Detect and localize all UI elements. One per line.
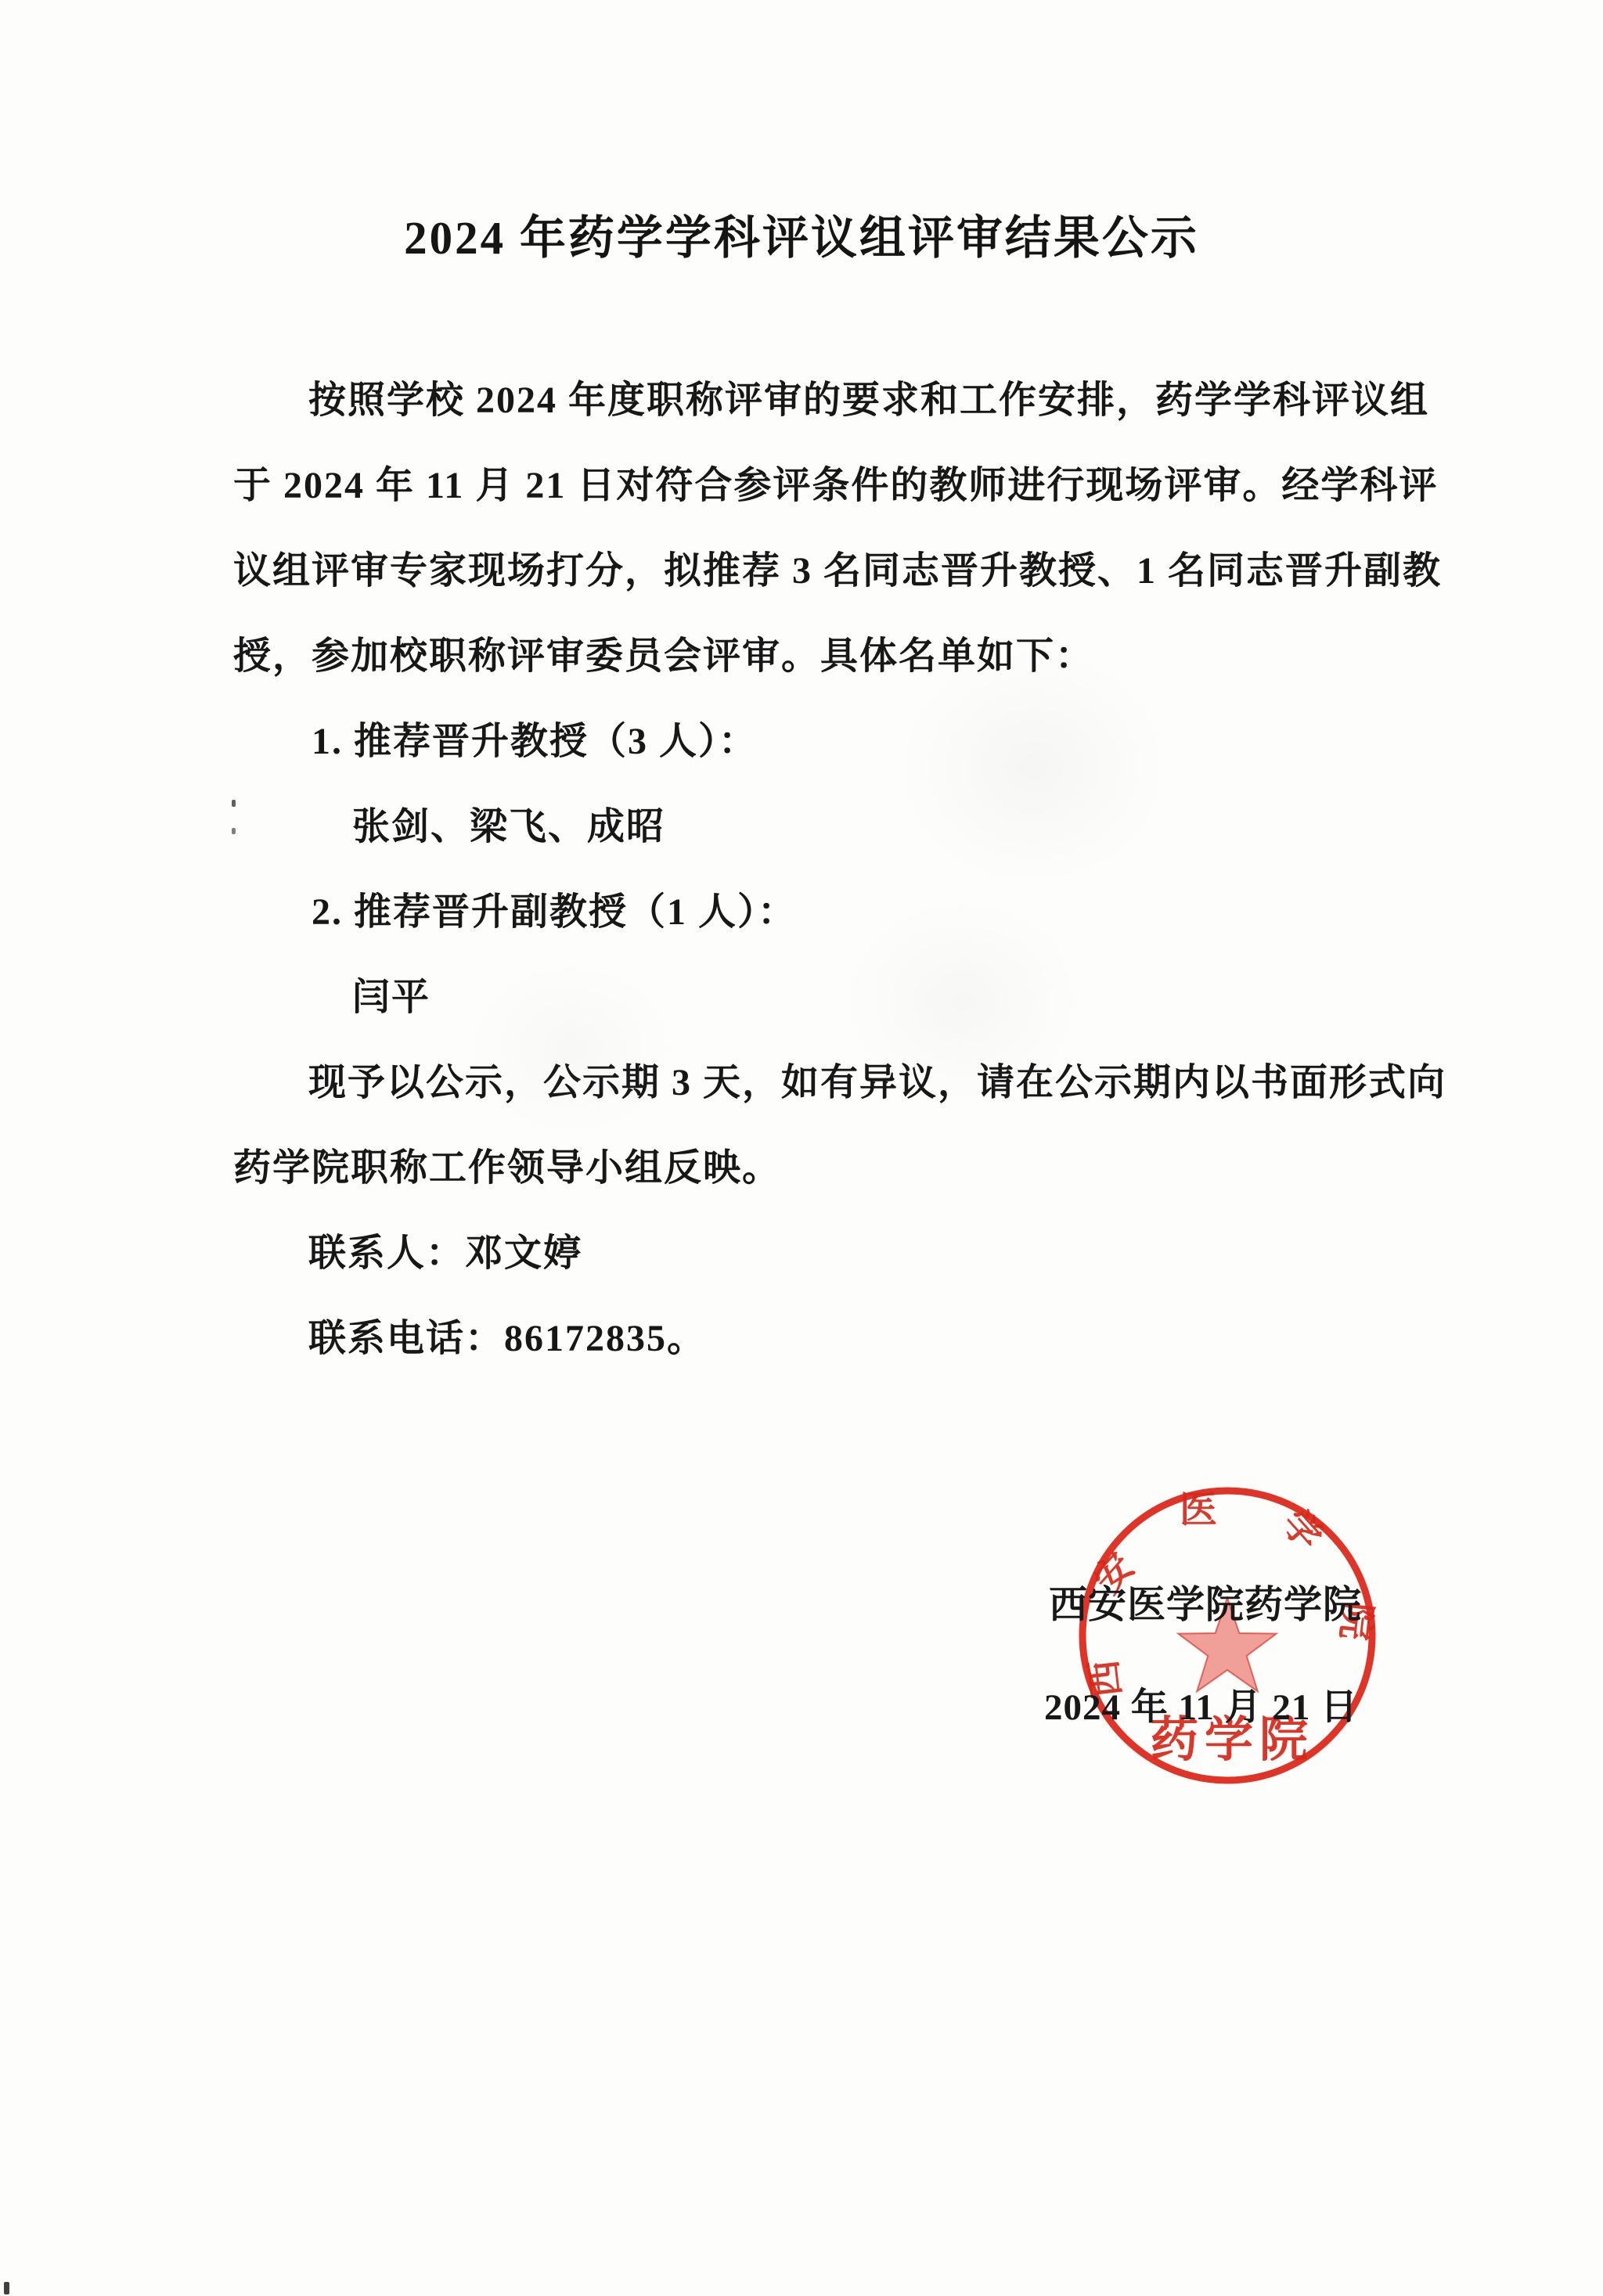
body-line: 现予以公示，公示期 3 天，如有异议，请在公示期内以书面形式向 — [233, 1056, 1407, 1142]
scan-artifact — [4, 2282, 9, 2294]
issue-date: 2024 年 11 月 21 日 — [1044, 1678, 1358, 1730]
body-line: 授，参加校职称评审委员会评审。具体名单如下： — [233, 630, 1407, 715]
scan-artifact — [232, 800, 236, 807]
body-line: 按照学校 2024 年度职称评审的要求和工作安排，药学学科评议组 — [233, 374, 1407, 459]
body-line: 药学院职称工作领导小组反映。 — [233, 1142, 1407, 1227]
document-body: 按照学校 2024 年度职称评审的要求和工作安排，药学学科评议组 于 2024 … — [233, 374, 1407, 1398]
scan-artifact — [232, 828, 236, 834]
official-seal: 西安医学院 药学院 — [1071, 1479, 1384, 1792]
scanned-document-page: 2024 年药学学科评议组评审结果公示 按照学校 2024 年度职称评审的要求和… — [0, 0, 1603, 2296]
list-item-associate-professor: 2. 推荐晋升副教授（1 人）： — [233, 886, 1407, 971]
body-line: 于 2024 年 11 月 21 日对符合参评条件的教师进行现场评审。经学科评 — [233, 459, 1407, 545]
contact-person-line: 联系人：邓文婷 — [233, 1227, 1407, 1312]
document-title: 2024 年药学学科评议组评审结果公示 — [0, 200, 1603, 267]
professor-candidate-names: 张剑、梁飞、成昭 — [233, 801, 1407, 886]
contact-phone-line: 联系电话：86172835。 — [233, 1312, 1407, 1398]
issuer-signature: 西安医学院药学院 — [1049, 1574, 1362, 1629]
body-line: 议组评审专家现场打分，拟推荐 3 名同志晋升教授、1 名同志晋升副教 — [233, 545, 1407, 630]
list-item-professor: 1. 推荐晋升教授（3 人）： — [233, 715, 1407, 801]
associate-professor-candidate-name: 闫平 — [233, 971, 1407, 1056]
